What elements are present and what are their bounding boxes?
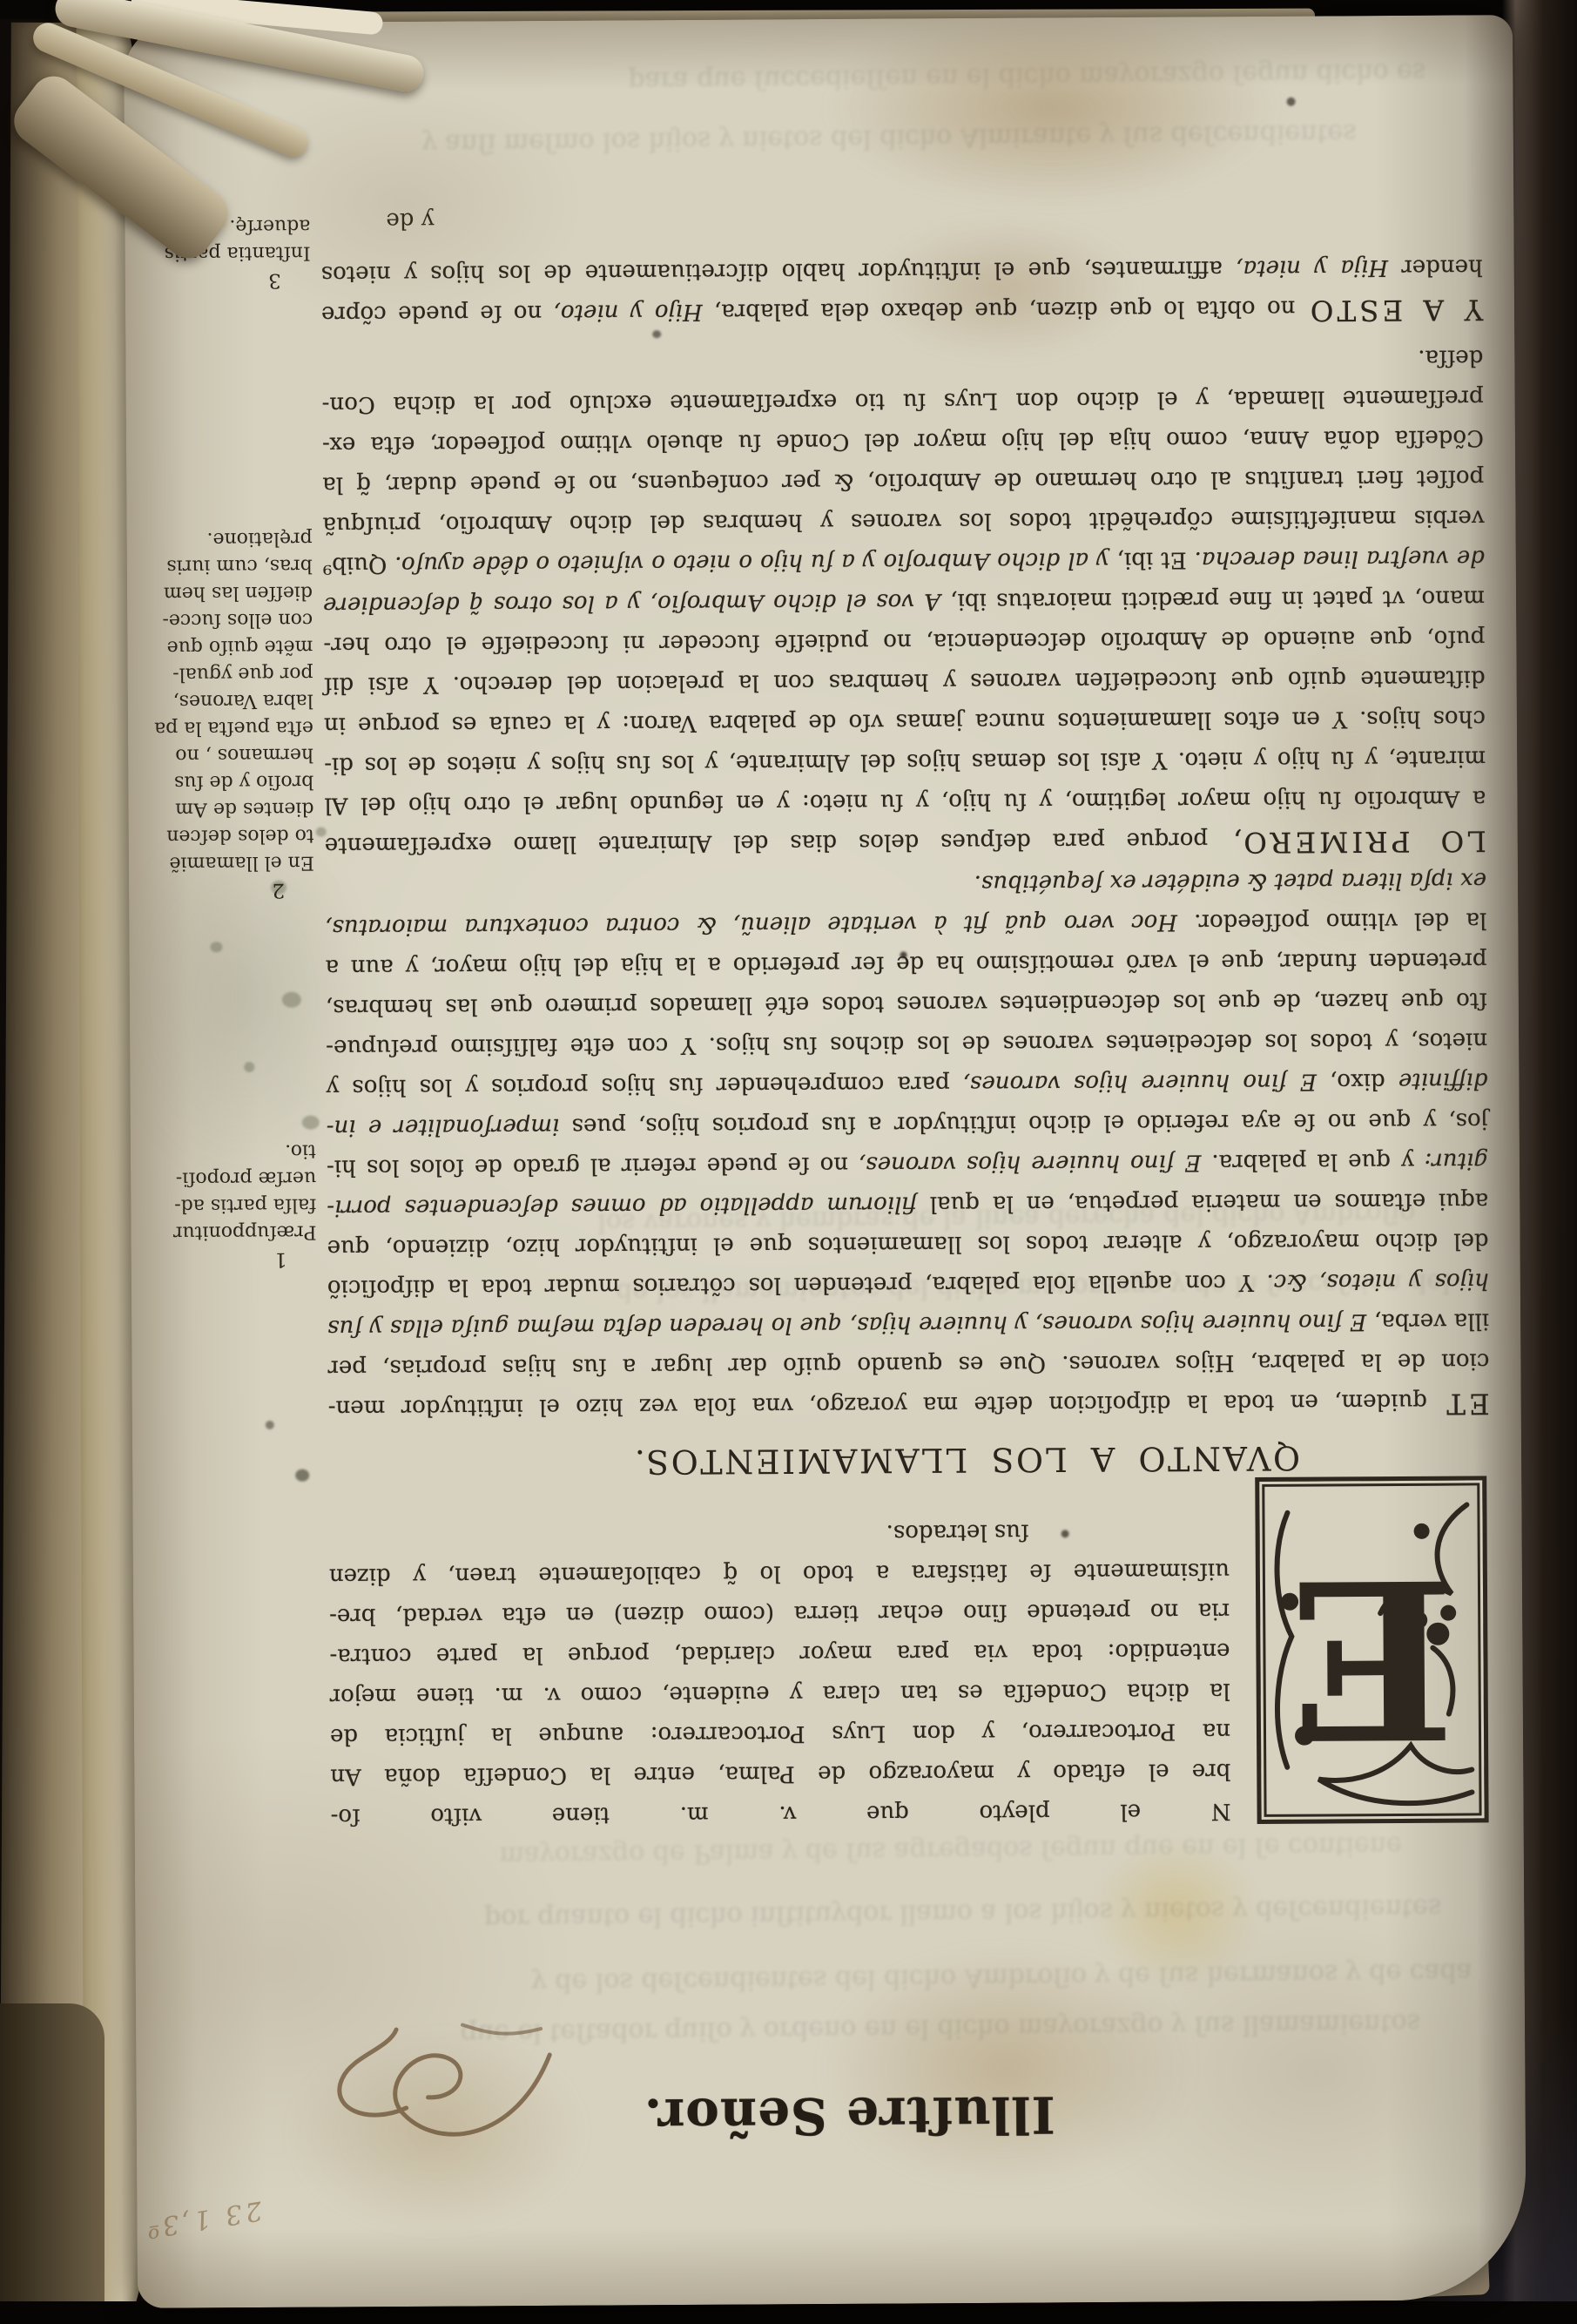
margin-note-line: pręlatione. xyxy=(131,525,313,553)
margin-note-line: Præſupponitur xyxy=(135,1219,316,1246)
body-line: ſto que hazen, de que los deſcendientes … xyxy=(326,980,1487,1027)
body-line: Y A ESTO no obſta lo que dizen, que deba… xyxy=(321,287,1483,336)
body-line: deſſa. xyxy=(321,337,1483,384)
body-line: nietos, y todos los deſcedientes varones… xyxy=(326,1020,1487,1067)
margin-note-line: falſa partis ad- xyxy=(135,1192,316,1219)
margin-note-line: En el llamamiẽ xyxy=(133,849,314,877)
margin-note-number: 2 xyxy=(133,876,285,904)
body-line: aqui eſtamos en materia perpetua, en la … xyxy=(327,1180,1488,1227)
stain xyxy=(825,15,1278,209)
margin-note-line: con ellos ſucce- xyxy=(131,606,313,634)
margin-note-number: 1 xyxy=(136,1246,287,1273)
body-line: ſus letrados. xyxy=(328,1512,1028,1557)
body-line: hijos y nietos, &c. Y con aquella ſola p… xyxy=(327,1260,1489,1307)
book-photograph: que el teſtador quiſo y ordeno en el dic… xyxy=(0,0,1577,2324)
margin-note-line: mẽte quiſo que xyxy=(131,633,313,661)
drop-cap-letter: E xyxy=(1288,1550,1455,1768)
body-line: Cõdeſſa doña Anna, como hija del hijo ma… xyxy=(322,417,1484,464)
body-line: jos, y que no ſe aya referido el dicho i… xyxy=(327,1100,1488,1147)
body-line: ex ipſa litera patet & euidéter ex ſequé… xyxy=(325,860,1486,907)
body-line: mano, vt patet in fine prædicti maioratu… xyxy=(323,578,1485,625)
section-heading: QVANTO A LOS LLAMAMIENTOS. xyxy=(632,1439,1300,1482)
handwritten-folio-numerals: 23 1,3º xyxy=(140,2194,263,2244)
body-line: pretenden fundar, que el varõ remotiſsim… xyxy=(325,940,1486,987)
bleedthrough-line: para que ſuccedieſſen en el dicho mayora… xyxy=(628,57,1425,96)
body-line: gitur: y que la palabra. E ſino huuiere … xyxy=(327,1140,1488,1187)
margin-note-line: Inſtantia partis xyxy=(130,240,311,267)
margin-note-line: bras, cum iuris xyxy=(131,552,313,580)
page-title: Illuſtre Señor. xyxy=(644,2084,1055,2146)
torn-page-stub xyxy=(0,2003,104,2324)
body-line: del dicho mayorazgo, y alterar todos los… xyxy=(327,1220,1488,1267)
foxing-spot xyxy=(266,1421,274,1429)
drop-cap: E xyxy=(1255,1476,1488,1824)
margin-note-2: 2En el llamamiẽto delos deſcendientes de… xyxy=(131,525,315,904)
body-line: hender Hija y nieta, affirmantes, que el… xyxy=(321,247,1483,294)
margin-note-line: dientes de Am xyxy=(132,795,313,823)
handwritten-flourish xyxy=(306,2011,568,2161)
body-line: chos hijos. Y en eſtos llamamientos nunc… xyxy=(324,698,1486,745)
page-content-upside-down: que el teſtador quiſo y ordeno en el dic… xyxy=(124,15,1526,2308)
body-line: diffinite dixo, E ſino huuiere hijos var… xyxy=(326,1060,1487,1107)
foxing-spot xyxy=(210,942,222,952)
bleedthrough-line: y anſi meſmo los hijos y nietos del dich… xyxy=(422,118,1357,159)
margin-note-line: dieſſen las hem xyxy=(131,579,313,607)
margin-note-line: por que ygual- xyxy=(131,660,313,688)
foxing-spot xyxy=(244,1062,254,1072)
bleedthrough-line: y de los deſcendientes del dicho Ambroſi… xyxy=(532,1957,1473,1998)
body-line: cion de la palabra, Hijos varones. Que e… xyxy=(327,1341,1489,1388)
margin-note-line: eſta pueſta la pa xyxy=(132,714,313,742)
body-line: la del vltimo poſſeedor. Hoc vero quã fi… xyxy=(325,900,1486,947)
body-line: LO PRIMERO, porque para deſpues delos di… xyxy=(325,818,1486,868)
body-line: mirante, y ſu hijo y nieto. Y aſsi los d… xyxy=(324,738,1486,785)
paragraph-lo-primero: LO PRIMERO, porque para deſpues delos di… xyxy=(321,337,1486,868)
paragraph-llamamientos-1: ET quidem, en toda la diſpoſicion deſte … xyxy=(325,860,1490,1430)
body-line: puſo, que auiendo de Ambroſio deſcendenc… xyxy=(323,618,1485,665)
body-line: preſſamente llamada, y el dicho don Luys… xyxy=(322,377,1484,424)
body-line: poſſet fieri tranſitus al otro hermano d… xyxy=(322,457,1484,504)
margin-note-line: tio. xyxy=(135,1138,316,1165)
margin-note-number: 3 xyxy=(130,267,281,294)
foxing-spot xyxy=(295,1469,309,1482)
foxing-spot xyxy=(282,992,301,1008)
catchword: y de xyxy=(386,207,434,233)
body-line: illa verba, E ſino huuiere hijos varones… xyxy=(327,1300,1489,1348)
margin-note-line: hermanos , no xyxy=(132,741,313,769)
margin-note-line: broſio y de ſus xyxy=(132,768,313,796)
margin-note-line: uerſæ propoſi- xyxy=(135,1165,316,1192)
paragraph-exordium: EN el pleyto que v. m. tiene viſto ſo-br… xyxy=(328,1476,1492,1836)
ink-speck xyxy=(1287,98,1296,106)
margin-note-line: labra Varones, xyxy=(132,687,313,715)
body-line: diſtamente quiſo que ſuccedieſſen varone… xyxy=(324,658,1486,705)
body-line: a Ambroſio ſu hijo mayor legitimo, y ſu … xyxy=(324,778,1486,825)
body-line: verbis manifeſtiſsime cõprehẽdit todos l… xyxy=(322,497,1484,544)
page-sheet: que el teſtador quiſo y ordeno en el dic… xyxy=(124,15,1526,2308)
bleedthrough-line: por quanto el dicho inſtituydor llamo a … xyxy=(484,1893,1441,1934)
body-line: ET quidem, en toda la diſpoſicion deſte … xyxy=(328,1381,1490,1430)
bleedthrough-line: que el teſtador quiſo y ordeno en el dic… xyxy=(461,2008,1421,2050)
margin-note-line: to delos deſcen xyxy=(133,822,314,850)
body-line: de vueſtra linea derecha. Et ibi, y al d… xyxy=(323,537,1485,584)
foxing-spot xyxy=(302,1116,320,1130)
bleedthrough-line: mayorazgo de Palma y de ſus agregados ſe… xyxy=(499,1830,1402,1871)
paragraph-y-a-esto: Y A ESTO no obſta lo que dizen, que deba… xyxy=(321,247,1484,336)
margin-note-1: 1Præſupponiturfalſa partis ad-uerſæ prop… xyxy=(135,1138,317,1273)
